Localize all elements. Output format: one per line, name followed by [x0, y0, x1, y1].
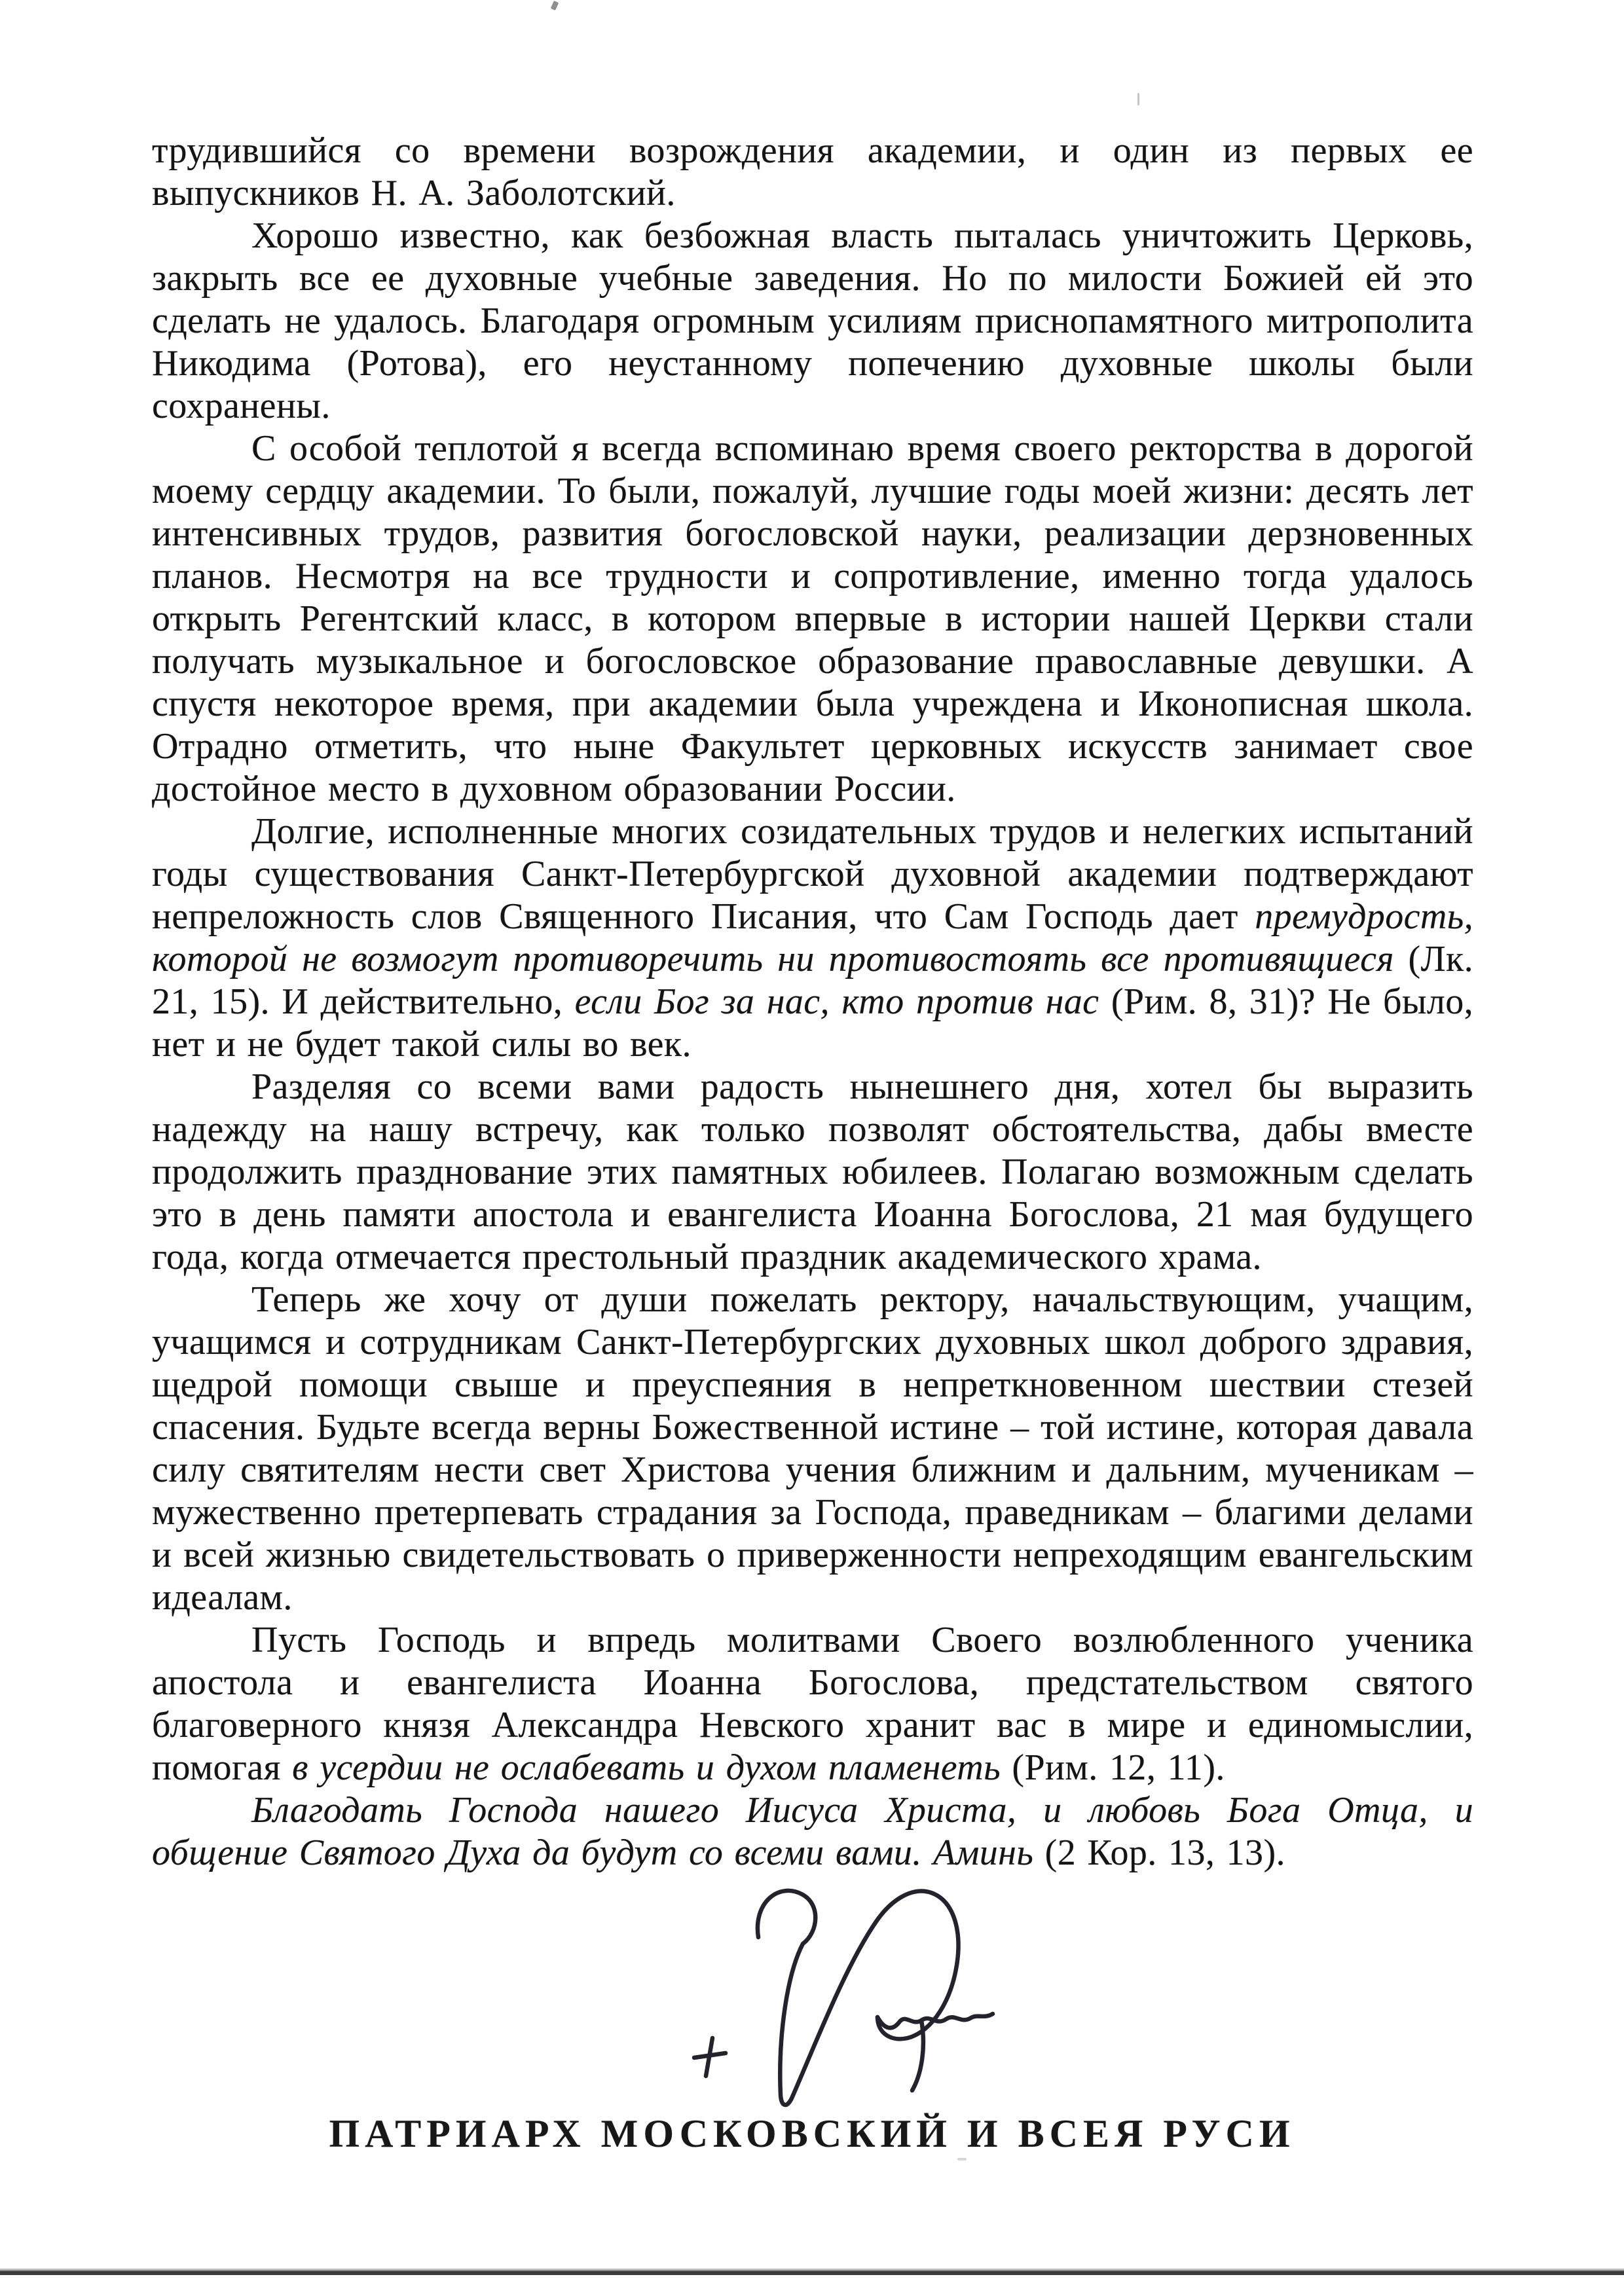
text-run: Теперь же хочу от души пожелать ректору,…	[152, 1279, 1473, 1618]
signature-flourish	[758, 1891, 959, 2105]
scan-edge-line	[0, 2269, 1624, 2275]
paragraph-8: Благодать Господа нашего Иисуса Христа, …	[152, 1789, 1473, 1874]
text-run: трудившийся со времени возрождения акаде…	[152, 130, 1473, 213]
paragraph-2: Хорошо известно, как безбожная власть пы…	[152, 215, 1473, 428]
scan-speck	[551, 1, 559, 10]
signature-cross	[694, 2038, 726, 2076]
text-run: Хорошо известно, как безбожная власть пы…	[152, 215, 1473, 426]
text-run: (Рим. 12, 11).	[1001, 1747, 1225, 1788]
signature-autograph	[668, 1869, 1035, 2118]
scan-speck	[957, 2158, 967, 2160]
text-run-italic: если Бог за нас, кто против нас	[575, 981, 1099, 1022]
paragraph-4: Долгие, исполненные многих созидательных…	[152, 811, 1473, 1066]
text-run: (2 Кор. 13, 13).	[1033, 1832, 1285, 1873]
paragraph-6: Теперь же хочу от души пожелать ректору,…	[152, 1279, 1473, 1619]
paragraph-7: Пусть Господь и впредь молитвами Своего …	[152, 1619, 1473, 1789]
paragraph-5: Разделяя со всеми вами радость нынешнего…	[152, 1066, 1473, 1279]
paragraph-3: С особой теплотой я всегда вспоминаю вре…	[152, 428, 1473, 811]
signature-descender	[912, 2020, 923, 2090]
letter-body: трудившийся со времени возрождения акаде…	[152, 130, 1473, 1874]
letter-page: трудившийся со времени возрождения акаде…	[0, 0, 1624, 2296]
signature-block	[668, 1869, 1035, 2118]
paragraph-1: трудившийся со времени возрождения акаде…	[152, 130, 1473, 215]
scan-speck	[1137, 93, 1139, 105]
signer-title: ПАТРИАРХ МОСКОВСКИЙ И ВСЕЯ РУСИ	[0, 2112, 1624, 2155]
text-run: С особой теплотой я всегда вспоминаю вре…	[152, 428, 1473, 809]
text-run: Разделяя со всеми вами радость нынешнего…	[152, 1066, 1473, 1277]
text-run-italic: в усердии не ослабевать и духом пламенет…	[292, 1747, 1001, 1788]
